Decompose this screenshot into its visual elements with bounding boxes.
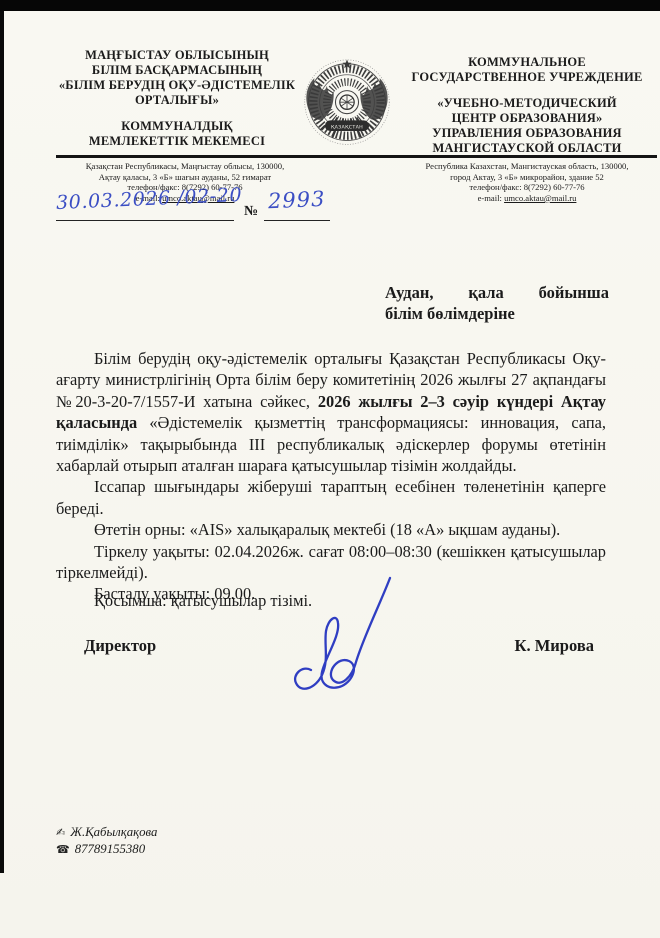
executor-phone: 87789155380 <box>75 842 145 856</box>
body-paragraph: Білім берудің оқу-әдістемелік орталығы Қ… <box>56 348 606 476</box>
executor-name-line: ✍Ж.Қабылқақова <box>56 824 157 841</box>
signer-name: К. Мирова <box>515 636 594 656</box>
outgoing-date-field: 30.03.2026 /02-20 <box>56 188 234 221</box>
org-name-kazakh-lines: МАҢҒЫСТАУ ОБЛЫСЫНЫҢБІЛІМ БАСҚАРМАСЫНЫҢ«Б… <box>54 48 300 108</box>
letter-body: Білім берудің оқу-әдістемелік орталығы Қ… <box>56 348 606 605</box>
addressee-block: Аудан, қала бойыншабілім бөлімдеріне <box>385 282 609 324</box>
org-name-russian-lines: «УЧЕБНО-МЕТОДИЧЕСКИЙЦЕНТР ОБРАЗОВАНИЯ»УП… <box>398 96 656 156</box>
org-name-russian: КОММУНАЛЬНОЕГОСУДАРСТВЕННОЕ УЧРЕЖДЕНИЕ «… <box>398 55 656 156</box>
scanned-letter-page: МАҢҒЫСТАУ ОБЛЫСЫНЫҢБІЛІМ БАСҚАРМАСЫНЫҢ«Б… <box>0 0 660 938</box>
executor-name: Ж.Қабылқақова <box>70 825 157 839</box>
org-type-kazakh-lines: КОММУНАЛДЫҚМЕМЛЕКЕТТІК МЕКЕМЕСІ <box>54 119 300 149</box>
outgoing-number-field: 2993 <box>264 188 330 221</box>
executor-phone-line: ☎87789155380 <box>56 841 157 858</box>
address-russian: Республика Казахстан, Мангистауская обла… <box>400 161 654 203</box>
emblem-banner-text: ҚАЗАҚСТАН <box>331 125 363 131</box>
pen-icon: ✍ <box>56 826 65 839</box>
address-russian-lines: Республика Казахстан, Мангистауская обла… <box>400 161 654 193</box>
header-divider <box>56 155 657 158</box>
org-name-kazakh: МАҢҒЫСТАУ ОБЛЫСЫНЫҢБІЛІМ БАСҚАРМАСЫНЫҢ«Б… <box>54 48 300 149</box>
attachment-line: Қосымша: қатысушылар тізімі. <box>94 591 312 611</box>
scan-edge-top <box>0 0 660 11</box>
handwritten-date: 30.03.2026 /02-20 <box>56 184 243 214</box>
handwritten-number: 2993 <box>268 187 326 213</box>
kazakhstan-emblem-icon: ҚАЗАҚСТАН <box>299 56 395 156</box>
email-link: umco.aktau@mail.ru <box>504 193 576 203</box>
executor-block: ✍Ж.Қабылқақова ☎87789155380 <box>56 824 157 858</box>
body-paragraph: Іссапар шығындары жіберуші тараптың есеб… <box>56 476 606 519</box>
phone-icon: ☎ <box>56 843 70 856</box>
org-type-russian-lines: КОММУНАЛЬНОЕГОСУДАРСТВЕННОЕ УЧРЕЖДЕНИЕ <box>398 55 656 85</box>
email-label: e-mail: <box>478 193 505 203</box>
reference-line: 30.03.2026 /02-20 № 2993 <box>56 188 330 221</box>
email-line-russian: e-mail: umco.aktau@mail.ru <box>400 193 654 204</box>
handwritten-signature <box>286 574 406 700</box>
scan-edge-left <box>0 11 4 873</box>
number-sign: № <box>244 204 258 220</box>
position-title: Директор <box>84 636 156 656</box>
body-paragraph: Өтетін орны: «AIS» халықаралық мектебі (… <box>56 519 606 540</box>
